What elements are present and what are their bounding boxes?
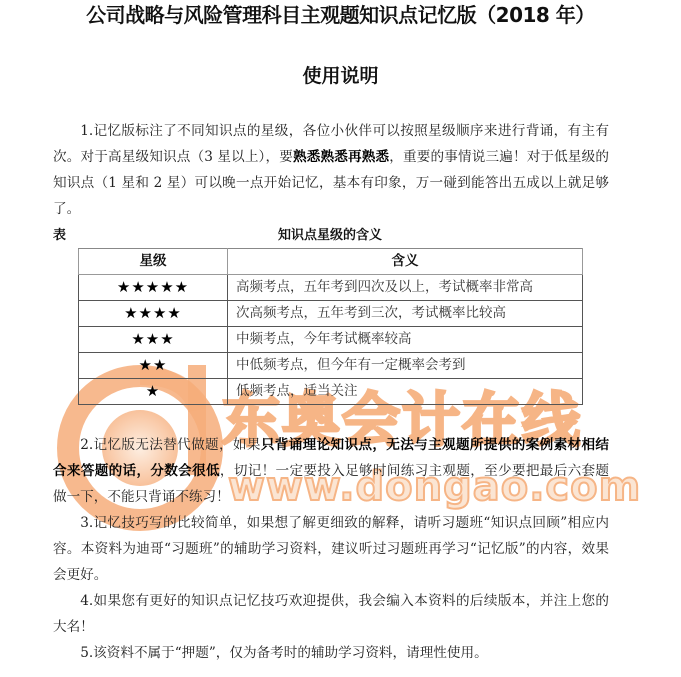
rating-meaning: 中频考点，今年考试概率较高 (228, 327, 583, 353)
star-rating: ★★★ (79, 327, 228, 353)
rating-meaning: 低频考点，适当关注 (228, 379, 583, 405)
table-row: ★★★★ 次高频考点，五年考到三次，考试概率比较高 (79, 301, 583, 327)
star-level-table: 星级 含义 ★★★★★ 高频考点，五年考到四次及以上，考试概率非常高 ★★★★ … (78, 248, 583, 405)
document-content: 公司战略与风险管理科目主观题知识点记忆版（2018 年） 使用说明 1.记忆版标… (0, 0, 681, 677)
table-row: ★★ 中低频考点，但今年有一定概率会考到 (79, 353, 583, 379)
paragraph-4: 4.如果您有更好的知识点记忆技巧欢迎提供，我会编入本资料的后续版本，并注上您的大… (53, 588, 609, 640)
section-heading: 使用说明 (0, 63, 681, 89)
star-rating: ★★★★ (79, 301, 228, 327)
paragraph-2-text: 2.记忆版无法替代做题，如果 (80, 437, 261, 453)
paragraph-3: 3.记忆技巧写的比较简单，如果想了解更细致的解释，请听习题班“知识点回顾”相应内… (53, 510, 609, 588)
star-rating: ★★ (79, 353, 228, 379)
rating-meaning: 中低频考点，但今年有一定概率会考到 (228, 353, 583, 379)
rating-meaning: 次高频考点，五年考到三次，考试概率比较高 (228, 301, 583, 327)
paragraph-2: 2.记忆版无法替代做题，如果只背诵理论知识点，无法与主观题所提供的案例素材相结合… (53, 432, 609, 510)
paragraph-5: 5.该资料不属于“押题”，仅为备考时的辅助学习资料，请理性使用。 (53, 640, 609, 666)
table-row: ★★★★★ 高频考点，五年考到四次及以上，考试概率非常高 (79, 275, 583, 301)
paragraph-1-emphasis: 熟悉熟悉再熟悉 (293, 149, 389, 165)
table-row: ★ 低频考点，适当关注 (79, 379, 583, 405)
paragraph-1: 1.记忆版标注了不同知识点的星级，各位小伙伴可以按照星级顺序来进行背诵，有主有次… (53, 118, 609, 222)
table-caption: 知识点星级的含义 (78, 226, 582, 246)
document-page: 东奥会计在线 www.dongao.com 公司战略与风险管理科目主观题知识点记… (0, 0, 681, 677)
table-label: 表 (53, 226, 66, 246)
column-header-stars: 星级 (79, 249, 228, 275)
table-header-row: 星级 含义 (79, 249, 583, 275)
column-header-meaning: 含义 (228, 249, 583, 275)
document-title: 公司战略与风险管理科目主观题知识点记忆版（2018 年） (0, 2, 681, 28)
table-row: ★★★ 中频考点，今年考试概率较高 (79, 327, 583, 353)
rating-meaning: 高频考点，五年考到四次及以上，考试概率非常高 (228, 275, 583, 301)
star-rating: ★★★★★ (79, 275, 228, 301)
star-rating: ★ (79, 379, 228, 405)
